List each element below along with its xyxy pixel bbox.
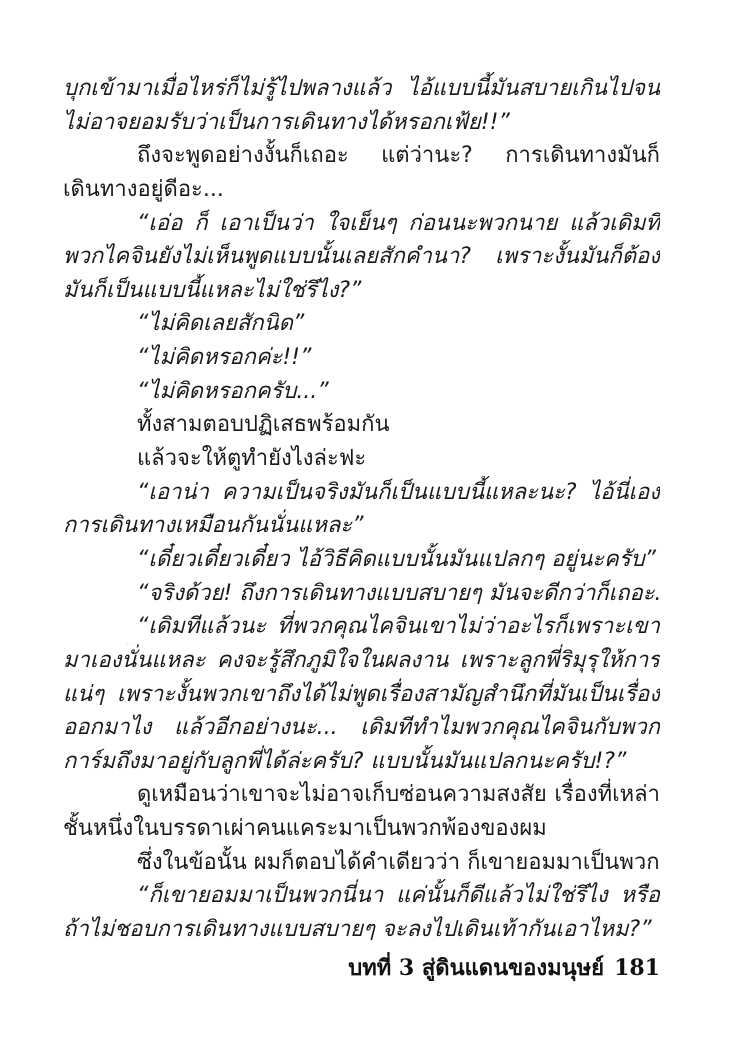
text-line: “เดี๋ยวเดี๋ยวเดี๋ยว ไอ้วิธีคิดแบบนั้นมัน… [63, 543, 660, 577]
text-line: “ไม่คิดหรอกครับ...” [63, 375, 660, 409]
text-line: แน่ๆ เพราะงั้นพวกเขาถึงได้ไม่พูดเรื่องสา… [63, 678, 660, 712]
text-line: พวกไคจินยังไม่เห็นพูดแบบนั้นเลยสักคำนา? … [63, 240, 660, 274]
text-line: บุกเข้ามาเมื่อไหร่ก็ไม่รู้ไปพลางแล้ว ไอ้… [63, 72, 660, 106]
text-line: ซึ่งในข้อนั้น ผมก็ตอบได้คำเดียวว่า ก็เขา… [63, 846, 660, 880]
text-line: “เอ่อ ก็ เอาเป็นว่า ใจเย็นๆ ก่อนนะพวกนาย… [63, 207, 660, 241]
text-line: ดูเหมือนว่าเขาจะไม่อาจเก็บซ่อนความสงสัย … [63, 778, 660, 812]
text-line: การเดินทางเหมือนกันนั่นแหละ” [63, 509, 660, 543]
text-line: แล้วจะให้ตูทำยังไงล่ะฟะ [63, 442, 660, 476]
text-line: ชั้นหนึ่งในบรรดาเผ่าคนแคระมาเป็นพวกพ้องข… [63, 812, 660, 846]
text-line: “ไม่คิดเลยสักนิด” [63, 307, 660, 341]
text-line: “จริงด้วย! ถึงการเดินทางแบบสบายๆ มันจะดี… [63, 577, 660, 611]
page-footer: บทที่ 3 สู่ดินแดนของมนุษย์181 [63, 951, 660, 985]
footer-chapter-label: บทที่ 3 สู่ดินแดนของมนุษย์ [348, 955, 604, 981]
text-line: มาเองนั่นแหละ คงจะรู้สึกภูมิใจในผลงาน เพ… [63, 644, 660, 678]
footer-page-number: 181 [614, 955, 660, 981]
text-line: เดินทางอยู่ดีอะ... [63, 173, 660, 207]
text-line: ถ้าไม่ชอบการเดินทางแบบสบายๆ จะลงไปเดินเท… [63, 913, 660, 947]
book-page: บุกเข้ามาเมื่อไหร่ก็ไม่รู้ไปพลางแล้ว ไอ้… [0, 0, 738, 1051]
text-line: มันก็เป็นแบบนี้แหละไม่ใช่รึไง?” [63, 274, 660, 308]
text-line: “เอาน่า ความเป็นจริงมันก็เป็นแบบนี้แหละน… [63, 476, 660, 510]
text-line: ทั้งสามตอบปฏิเสธพร้อมกัน [63, 408, 660, 442]
text-line: ถึงจะพูดอย่างงั้นก็เถอะ แต่ว่านะ? การเดิ… [63, 139, 660, 173]
text-line: ออกมาไง แล้วอีกอย่างนะ... เดิมทีทำไมพวกค… [63, 711, 660, 745]
text-line: ไม่อาจยอมรับว่าเป็นการเดินทางได้หรอกเฟ้ย… [63, 106, 660, 140]
text-line: “ไม่คิดหรอกค่ะ!!” [63, 341, 660, 375]
body-text: บุกเข้ามาเมื่อไหร่ก็ไม่รู้ไปพลางแล้ว ไอ้… [63, 72, 660, 947]
text-line: “เดิมทีแล้วนะ ที่พวกคุณไคจินเขาไม่ว่าอะไ… [63, 610, 660, 644]
text-line: การ์มถึงมาอยู่กับลูกพี่ได้ล่ะครับ? แบบนั… [63, 745, 660, 779]
text-line: “ก็เขายอมมาเป็นพวกนี่นา แค่นั้นก็ดีแล้วไ… [63, 879, 660, 913]
